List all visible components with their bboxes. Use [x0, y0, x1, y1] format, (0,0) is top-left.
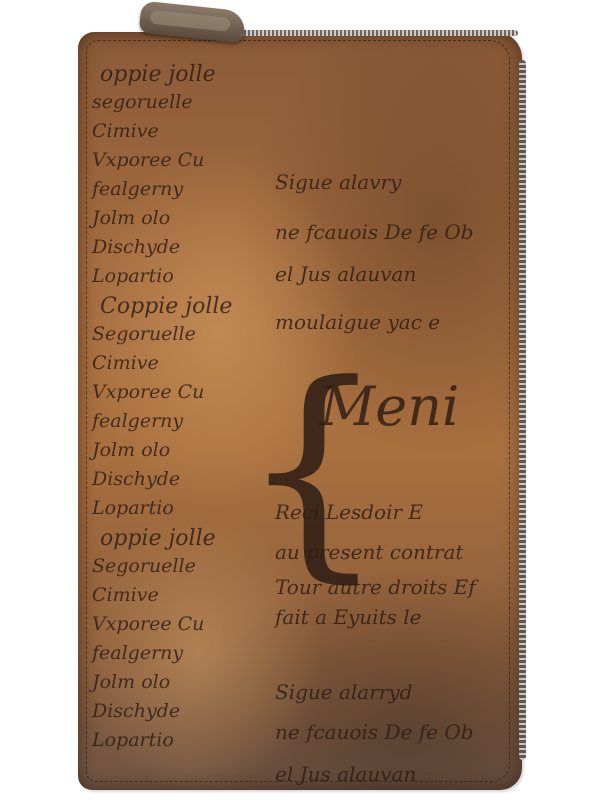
script-line: Jolm olo [92, 439, 170, 461]
script-line: Dischyde [92, 700, 180, 722]
script-line: el Jus alauvan [275, 762, 416, 786]
script-line: Meni [320, 375, 459, 438]
script-line: Cimive [92, 120, 159, 142]
script-line: ne fcauois De fe Ob [275, 720, 474, 744]
script-line: Vxporee Cu [92, 149, 204, 171]
script-line: segoruelle [92, 91, 193, 113]
script-line: oppie jolle [100, 62, 216, 87]
script-line: Tour autre droits Ef [275, 575, 476, 599]
script-line: Lopartio [92, 265, 174, 287]
script-line: Segoruelle [92, 323, 196, 345]
script-line: Cimive [92, 352, 159, 374]
script-line: Jolm olo [92, 207, 170, 229]
script-line: fait a Eyuits le [275, 605, 421, 629]
script-line: Coppie jolle [100, 294, 232, 319]
script-line: Sigue alarryd [275, 680, 412, 704]
script-line: fealgerny [92, 178, 183, 200]
script-line: Dischyde [92, 468, 180, 490]
script-line: Vxporee Cu [92, 381, 204, 403]
script-line: el Jus alauvan [275, 262, 416, 286]
script-line: Jolm olo [92, 671, 170, 693]
script-line: ne fcauois De fe Ob [275, 220, 474, 244]
script-line: fealgerny [92, 642, 183, 664]
script-line: Sigue alavry [275, 170, 401, 194]
script-line: oppie jolle [100, 526, 216, 551]
script-line: Segoruelle [92, 555, 196, 577]
script-line: au present contrat [275, 540, 463, 564]
script-line: Dischyde [92, 236, 180, 258]
script-line: fealgerny [92, 410, 183, 432]
script-line: Reci Lesdoir E [275, 500, 423, 524]
script-line: Cimive [92, 584, 159, 606]
script-line: moulaigue yac e [275, 310, 440, 334]
script-line: Lopartio [92, 497, 174, 519]
zipper-side [519, 60, 526, 760]
script-line: Vxporee Cu [92, 613, 204, 635]
script-line: Lopartio [92, 729, 174, 751]
